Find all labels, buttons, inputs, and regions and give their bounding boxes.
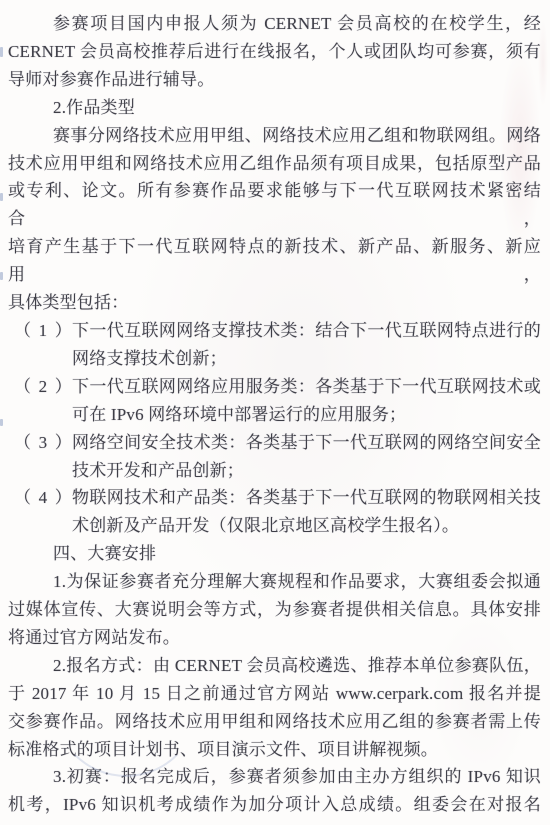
- doc-line: 机考，IPv6 知识机考成绩作为加分项计入总成绩。组委会在对报名: [8, 791, 541, 819]
- doc-line: 下一代互联网网络支撑技术类：结合下一代互联网特点进行的: [72, 317, 541, 345]
- list-marker: （2）: [14, 373, 72, 401]
- doc-list-line: （1） 下一代互联网网络支撑技术类：结合下一代互联网特点进行的: [8, 317, 541, 345]
- scan-edge-mark: [0, 47, 3, 57]
- doc-line: 1.为保证参赛者充分理解大赛规程和作品要求，大赛组委会拟通: [8, 568, 541, 596]
- doc-line: CERNET 会员高校推荐后进行在线报名，个人或团队均可参赛，须有: [8, 38, 541, 66]
- doc-list-line: （2） 下一代互联网网络应用服务类：各类基于下一代互联网技术或: [8, 373, 541, 401]
- doc-line: 参赛项目国内申报人须为 CERNET 会员高校的在校学生，经: [8, 10, 541, 38]
- doc-line: 技术应用甲组和网络技术应用乙组作品须有项目成果，包括原型产品: [8, 150, 541, 178]
- doc-line: 具体类型包括：: [8, 289, 541, 317]
- doc-line: 下一代互联网网络应用服务类：各类基于下一代互联网技术或: [72, 373, 541, 401]
- doc-line: 2.报名方式：由 CERNET 会员高校遴选、推荐本单位参赛队伍，: [8, 652, 541, 680]
- list-marker: （3）: [14, 429, 72, 457]
- list-marker: （1）: [14, 317, 72, 345]
- document-content: 参赛项目国内申报人须为 CERNET 会员高校的在校学生，经 CERNET 会员…: [8, 10, 541, 819]
- doc-line: 将通过官方网站发布。: [8, 624, 541, 652]
- scan-edge-mark: [0, 272, 3, 280]
- list-marker: （4）: [14, 484, 72, 512]
- doc-line: 物联网技术和产品类：各类基于下一代互联网的物联网相关技: [72, 484, 541, 512]
- doc-line: 3.初赛：报名完成后，参赛者须参加由主办方组织的 IPv6 知识: [8, 763, 541, 791]
- doc-heading-line: 四、大赛安排: [8, 540, 541, 568]
- doc-line: 交参赛作品。网络技术应用甲组和网络技术应用乙组的参赛者需上传: [8, 708, 541, 736]
- document-page: 参赛项目国内申报人须为 CERNET 会员高校的在校学生，经 CERNET 会员…: [0, 0, 550, 825]
- doc-list-line: （4） 物联网技术和产品类：各类基于下一代互联网的物联网相关技: [8, 484, 541, 512]
- doc-line: 过媒体宣传、大赛说明会等方式，为参赛者提供相关信息。具体安排: [8, 596, 541, 624]
- doc-line: 于 2017 年 10 月 15 日之前通过官方网站 www.cerpark.c…: [8, 680, 541, 708]
- doc-line: 或专利、论文。所有参赛作品要求能够与下一代互联网技术紧密结合，: [8, 177, 541, 233]
- doc-line: 标准格式的项目计划书、项目演示文件、项目讲解视频。: [8, 736, 541, 764]
- doc-heading-line: 2.作品类型: [8, 94, 541, 122]
- doc-line: 网络空间安全技术类：各类基于下一代互联网的网络空间安全: [72, 429, 541, 457]
- doc-line: 导师对参赛作品进行辅导。: [8, 66, 541, 94]
- scan-edge-mark: [0, 419, 3, 426]
- scan-edge-mark: [0, 193, 3, 201]
- doc-line: 可在 IPv6 网络环境中部署运行的应用服务；: [8, 401, 541, 429]
- doc-list-line: （3） 网络空间安全技术类：各类基于下一代互联网的网络空间安全: [8, 429, 541, 457]
- doc-line: 网络支撑技术创新；: [8, 345, 541, 373]
- doc-line: 培育产生基于下一代互联网特点的新技术、新产品、新服务、新应用，: [8, 233, 541, 289]
- doc-line: 赛事分网络技术应用甲组、网络技术应用乙组和物联网组。网络: [8, 122, 541, 150]
- doc-line: 术创新及产品开发（仅限北京地区高校学生报名）。: [8, 512, 541, 540]
- doc-line: 技术开发和产品创新；: [8, 457, 541, 485]
